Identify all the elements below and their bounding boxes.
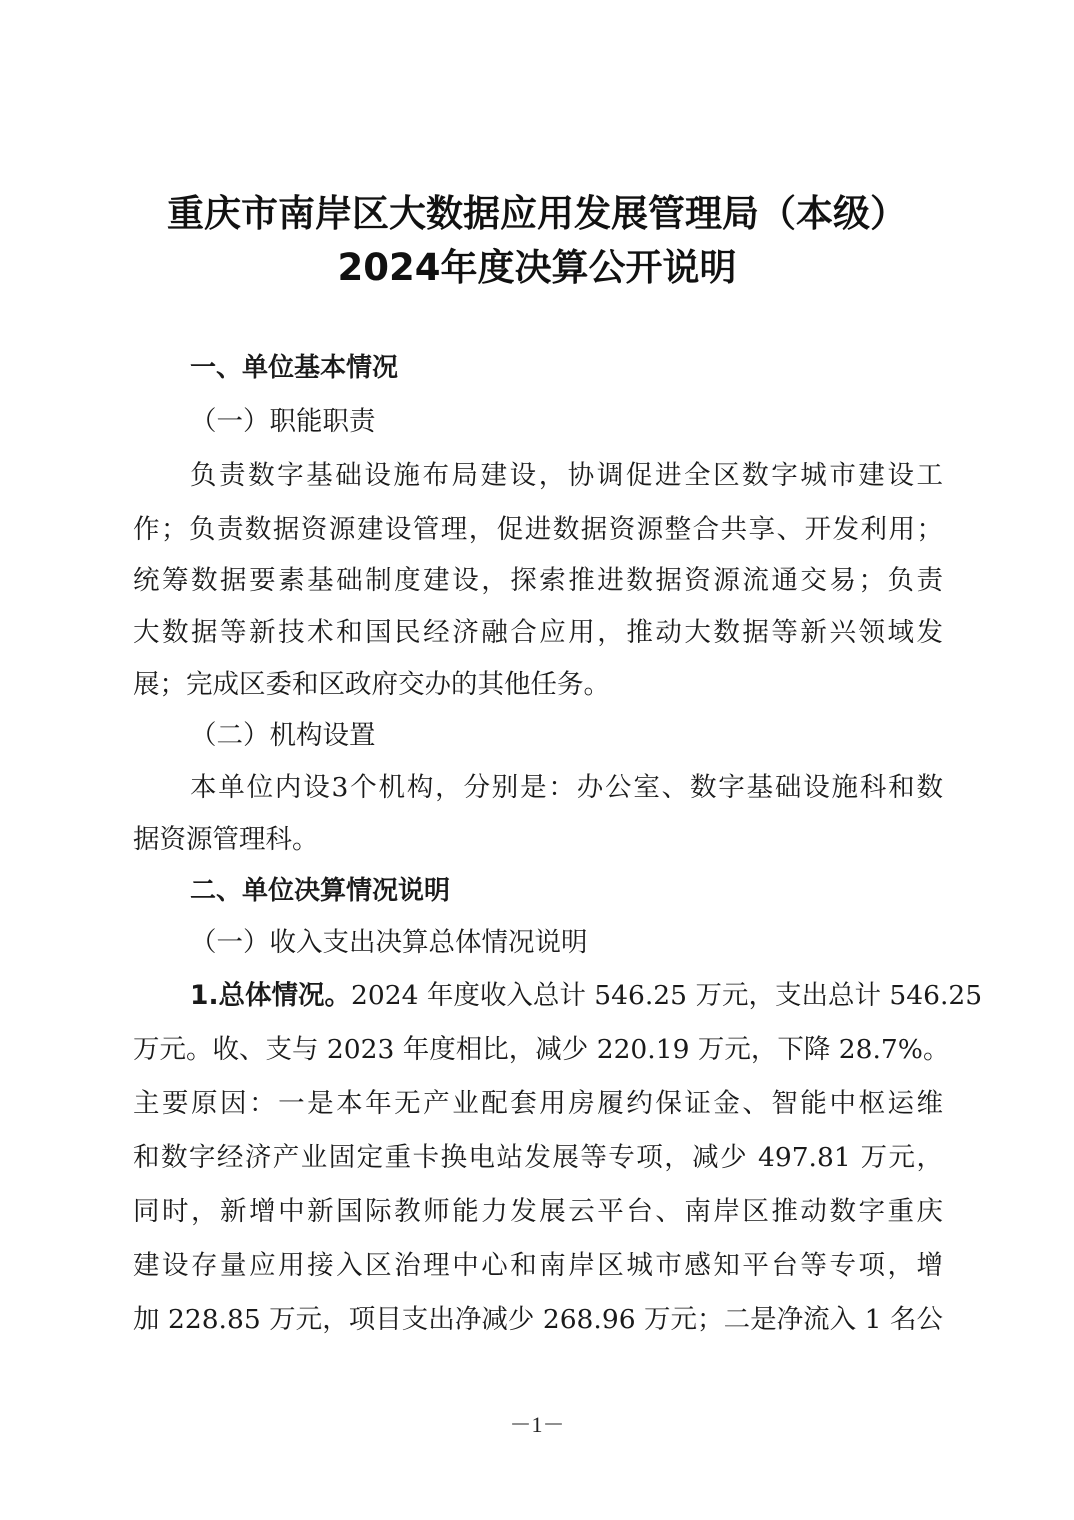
paragraph-line: 建设存量应用接入区治理中心和南岸区城市感知平台等专项，增 [133,1248,943,1284]
section-2-1-heading: （一）收入支出决算总体情况说明 [190,925,943,961]
paragraph-line: 和数字经济产业固定重卡换电站发展等专项，减少 497.81 万元， [133,1140,943,1176]
section-1-1-heading: （一）职能职责 [190,404,943,440]
section-2-heading: 二、单位决算情况说明 [190,873,943,909]
page-number: －1－ [0,1408,1074,1439]
bold-lead-label: 1.总体情况。 [190,978,351,1014]
paragraph-line: 同时，新增中新国际教师能力发展云平台、南岸区推动数字重庆 [133,1194,943,1230]
paragraph-line: 据资源管理科。 [133,822,943,858]
paragraph-line: 主要原因：一是本年无产业配套用房履约保证金、智能中枢运维 [133,1086,943,1122]
paragraph-text: 2024 年度收入总计 546.25 万元，支出总计 546.25 [351,978,982,1014]
document-page: 重庆市南岸区大数据应用发展管理局（本级） 2024年度决算公开说明 一、单位基本… [0,0,1074,1520]
paragraph-line: 负责数字基础设施布局建设，协调促进全区数字城市建设工 [190,458,943,494]
section-1-2-heading: （二）机构设置 [190,718,943,754]
section-1-heading: 一、单位基本情况 [190,350,943,386]
paragraph-line: 展；完成区委和区政府交办的其他任务。 [133,667,943,703]
paragraph-line: 本单位内设3个机构，分别是：办公室、数字基础设施科和数 [190,770,943,806]
document-title-line-2: 2024年度决算公开说明 [0,237,1074,291]
paragraph-line: 大数据等新技术和国民经济融合应用，推动大数据等新兴领域发 [133,615,943,651]
paragraph-line-with-lead: 1.总体情况。2024 年度收入总计 546.25 万元，支出总计 546.25 [190,978,943,1014]
paragraph-line: 统筹数据要素基础制度建设，探索推进数据资源流通交易；负责 [133,563,943,599]
paragraph-line: 作；负责数据资源建设管理，促进数据资源整合共享、开发利用； [133,512,943,548]
document-title-line-1: 重庆市南岸区大数据应用发展管理局（本级） [0,183,1074,237]
paragraph-line: 万元。收、支与 2023 年度相比，减少 220.19 万元，下降 28.7%。 [133,1032,943,1068]
paragraph-line: 加 228.85 万元，项目支出净减少 268.96 万元；二是净流入 1 名公 [133,1302,943,1338]
